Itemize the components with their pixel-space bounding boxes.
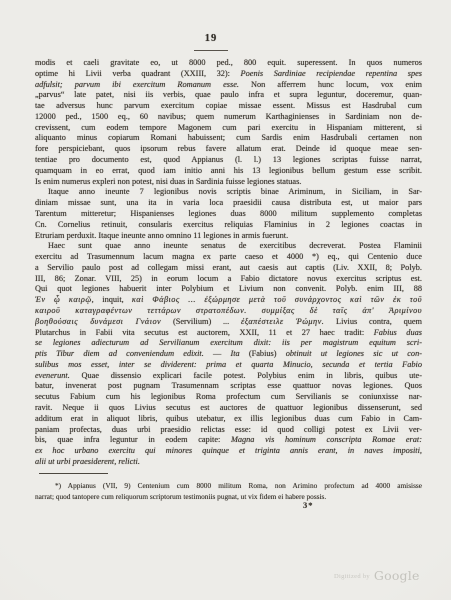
text-run: *) Appianus (VII, 9) Centenium cum 8000 … [55, 481, 422, 490]
text-run: Non afferrem hunc locum, vox enim [239, 80, 422, 89]
text-line: adfulsit; parvum ibi exercitum Romanum e… [35, 80, 422, 91]
italic-text-run: obtinuit ut legiones sic ut con- [286, 349, 422, 358]
text-run: crevissent, cum eodem tempore Magonem cu… [35, 123, 422, 132]
text-run: quamquam in eo errat, quod iam initio an… [35, 166, 422, 175]
text-run: Livius contra, quem [324, 317, 422, 326]
text-line: tae adversus hunc parvum exercitum copia… [35, 101, 422, 112]
text-line: ravit. Neque ii quos Livius secutus est … [35, 403, 422, 414]
greek-text-run: ἐξαπέστειλε Ῥώμην. [241, 317, 324, 326]
text-line: exercitu ad Trasumennum lacum magna ex p… [35, 252, 422, 263]
text-line: βοηθούσαις δυνάμεσι Γνάιον (Servilium) .… [35, 317, 422, 328]
italic-text-run: Poenis Sardiniae recipiendae repentina s… [241, 69, 422, 78]
page-number: 19 [186, 33, 236, 44]
text-run: a Servilio paulo post ad collegam missi … [35, 263, 422, 272]
text-line: Haec sunt quae anno ineunte senatus de e… [35, 241, 422, 252]
text-line: additum erat in aliquot libris, quibus u… [35, 414, 422, 425]
text-run: Is enim numerus expleri non potest, nisi… [35, 177, 301, 186]
text-line: aliquanto minus copiarum Romani habuisse… [35, 133, 422, 144]
text-line: tentiae pro documento est, quod Appianus… [35, 155, 422, 166]
text-run: tentiae pro documento est, quod Appianus… [35, 155, 422, 164]
text-run: Haec sunt quae anno ineunte senatus de e… [48, 241, 422, 250]
text-run: modis et caeli gravitate eo, ut 8000 ped… [35, 58, 422, 67]
text-run: additum erat in aliquot libris, quibus u… [35, 414, 422, 423]
text-line: Cn. Cornelius retinuit, consularis exerc… [35, 220, 422, 231]
scanned-page: 19 modis et caeli gravitate eo, ut 8000 … [0, 0, 451, 600]
text-run: batur, invenerat post pugnam Trasumennam… [35, 381, 422, 390]
text-line: narrat; quod tantopere cum reliquorum sc… [35, 492, 422, 503]
text-run: Etruriam perduxit. Itaque ineunte anno o… [35, 231, 288, 240]
text-run: (Fabius) [249, 349, 286, 358]
text-line: sulibus mos esset, inter se dividerent: … [35, 360, 422, 371]
text-run: Tarentum mitteretur; Hispanienses legion… [35, 209, 422, 218]
italic-text-run: Ita [230, 349, 248, 358]
greek-text-run: καὶ Φάβιος ... ἐξώρμησε μετὰ τοῦ συνάρχο… [132, 295, 422, 304]
italic-text-run: evenerunt. [35, 371, 70, 380]
text-run: (Servilium) ... [161, 317, 241, 326]
text-line: καιροῦ καταγραφέντων τεττάρων στρατοπέδω… [35, 306, 422, 317]
text-run: narrat; quod tantopere cum reliquorum sc… [35, 492, 326, 501]
text-run: Itaque anno ineunte 7 legionibus novis s… [48, 187, 422, 196]
footnote-separator-rule [39, 473, 108, 474]
italic-text-run: se legiones adiecturum ad Servilianum ex… [35, 338, 422, 347]
text-line: *) Appianus (VII, 9) Centenium cum 8000 … [35, 481, 422, 492]
text-line: paniam profectas, duas urbi praesidio re… [35, 425, 422, 436]
greek-text-run: Ἐν ᾧ καιρῷ, [35, 295, 94, 304]
text-line: se legiones adiecturum ad Servilianum ex… [35, 338, 422, 349]
italic-text-run: ptis Tibur diem ad conveniendum edixit. [35, 349, 204, 358]
text-line: III, 86; Zonar. VIII, 25) in eorum locum… [35, 274, 422, 285]
italic-text-run: sulibus mos esset, inter se dividerent: … [35, 360, 422, 369]
text-line: crevissent, cum eodem tempore Magonem cu… [35, 123, 422, 134]
text-run: bis, quae infra leguntur in eodem capite… [35, 435, 231, 444]
text-run: optime hi Livii verba quadrant (XXIII, 3… [35, 69, 241, 78]
text-line: Ἐν ᾧ καιρῷ, inquit, καὶ Φάβιος ... ἐξώρμ… [35, 295, 422, 306]
text-line: ptis Tibur diem ad conveniendum edixit. … [35, 349, 422, 360]
google-watermark: Digitized by Google [334, 567, 446, 585]
text-run: III, 86; Zonar. VIII, 25) in eorum locum… [35, 274, 422, 283]
text-line: Plutarchus in Fabii vita secutus est auc… [35, 328, 422, 339]
page-number-rule [194, 50, 228, 51]
watermark-prefix: Digitized by [334, 573, 370, 580]
text-line: ex hoc urbano exercitu qui minores quinq… [35, 446, 422, 457]
text-run: tae adversus hunc parvum exercitum copia… [35, 101, 422, 110]
footnote-text: *) Appianus (VII, 9) Centenium cum 8000 … [35, 481, 422, 502]
text-line: secutus Fabium cum his legionibus Roma p… [35, 392, 422, 403]
text-run: 12000 ped., 1500 eq., 60 navibus; quem n… [35, 112, 422, 121]
greek-text-run: βοηθούσαις δυνάμεσι Γνάιον [35, 317, 161, 326]
text-line: alii ut urbi praesiderent, relicti. [35, 457, 422, 468]
text-run: paniam profectas, duas urbi praesidio re… [35, 425, 422, 434]
italic-text-run: alii ut urbi praesiderent, relicti. [35, 457, 140, 466]
body-text: modis et caeli gravitate eo, ut 8000 ped… [35, 58, 422, 468]
text-run: — [204, 349, 231, 358]
text-line: quamquam in eo errat, quod iam initio an… [35, 166, 422, 177]
text-line: evenerunt. Quae dissensio explicari faci… [35, 371, 422, 382]
text-line: modis et caeli gravitate eo, ut 8000 ped… [35, 58, 422, 69]
text-line: Itaque anno ineunte 7 legionibus novis s… [35, 187, 422, 198]
italic-text-run: Magna vis hominum conscripta Romae erat: [231, 435, 422, 444]
text-line: Tarentum mitteretur; Hispanienses legion… [35, 209, 422, 220]
text-run: Qui quot legiones habuerit inter Polybiu… [35, 284, 422, 293]
text-line: Qui quot legiones habuerit inter Polybiu… [35, 284, 422, 295]
italic-text-run: adfulsit; parvum ibi exercitum Romanum e… [35, 80, 239, 89]
text-run: ravit. Neque ii quos Livius secutus est … [35, 403, 422, 412]
text-line: 12000 ped., 1500 eq., 60 navibus; quem n… [35, 112, 422, 123]
text-run: „parvus“ late patet, nisi iis verbis, qu… [35, 90, 422, 99]
text-run: inquit, [94, 295, 132, 304]
text-line: Is enim numerus expleri non potest, nisi… [35, 177, 422, 188]
greek-text-run: καιροῦ καταγραφέντων τεττάρων στρατοπέδω… [35, 306, 422, 315]
text-run: Quae dissensio explicari facile potest. … [70, 371, 422, 380]
text-run: diniam missae sunt, una ita in varia loc… [35, 198, 422, 207]
text-line: bis, quae infra leguntur in eodem capite… [35, 435, 422, 446]
text-line: batur, invenerat post pugnam Trasumennam… [35, 381, 422, 392]
watermark-brand: Google [374, 568, 420, 583]
text-run: aliquanto minus copiarum Romani habuisse… [35, 133, 422, 142]
text-line: a Servilio paulo post ad collegam missi … [35, 263, 422, 274]
text-run: secutus Fabium cum his legionibus Roma p… [35, 392, 422, 401]
italic-text-run: Fabius duas [374, 328, 422, 337]
text-line: fore perspiciebant, quos ipsorum rebus f… [35, 144, 422, 155]
text-run: exercitu ad Trasumennum lacum magna ex p… [35, 252, 422, 261]
signature-mark: 3* [303, 500, 333, 510]
text-line: Etruriam perduxit. Itaque ineunte anno o… [35, 231, 422, 242]
text-run: Plutarchus in Fabii vita secutus est auc… [35, 328, 374, 337]
text-line: diniam missae sunt, una ita in varia loc… [35, 198, 422, 209]
text-line: optime hi Livii verba quadrant (XXIII, 3… [35, 69, 422, 80]
italic-text-run: ex hoc urbano exercitu qui minores quinq… [35, 446, 422, 455]
text-run: fore perspiciebant, quos ipsorum rebus f… [35, 144, 422, 153]
text-run: Cn. Cornelius retinuit, consularis exerc… [35, 220, 422, 229]
text-line: „parvus“ late patet, nisi iis verbis, qu… [35, 90, 422, 101]
